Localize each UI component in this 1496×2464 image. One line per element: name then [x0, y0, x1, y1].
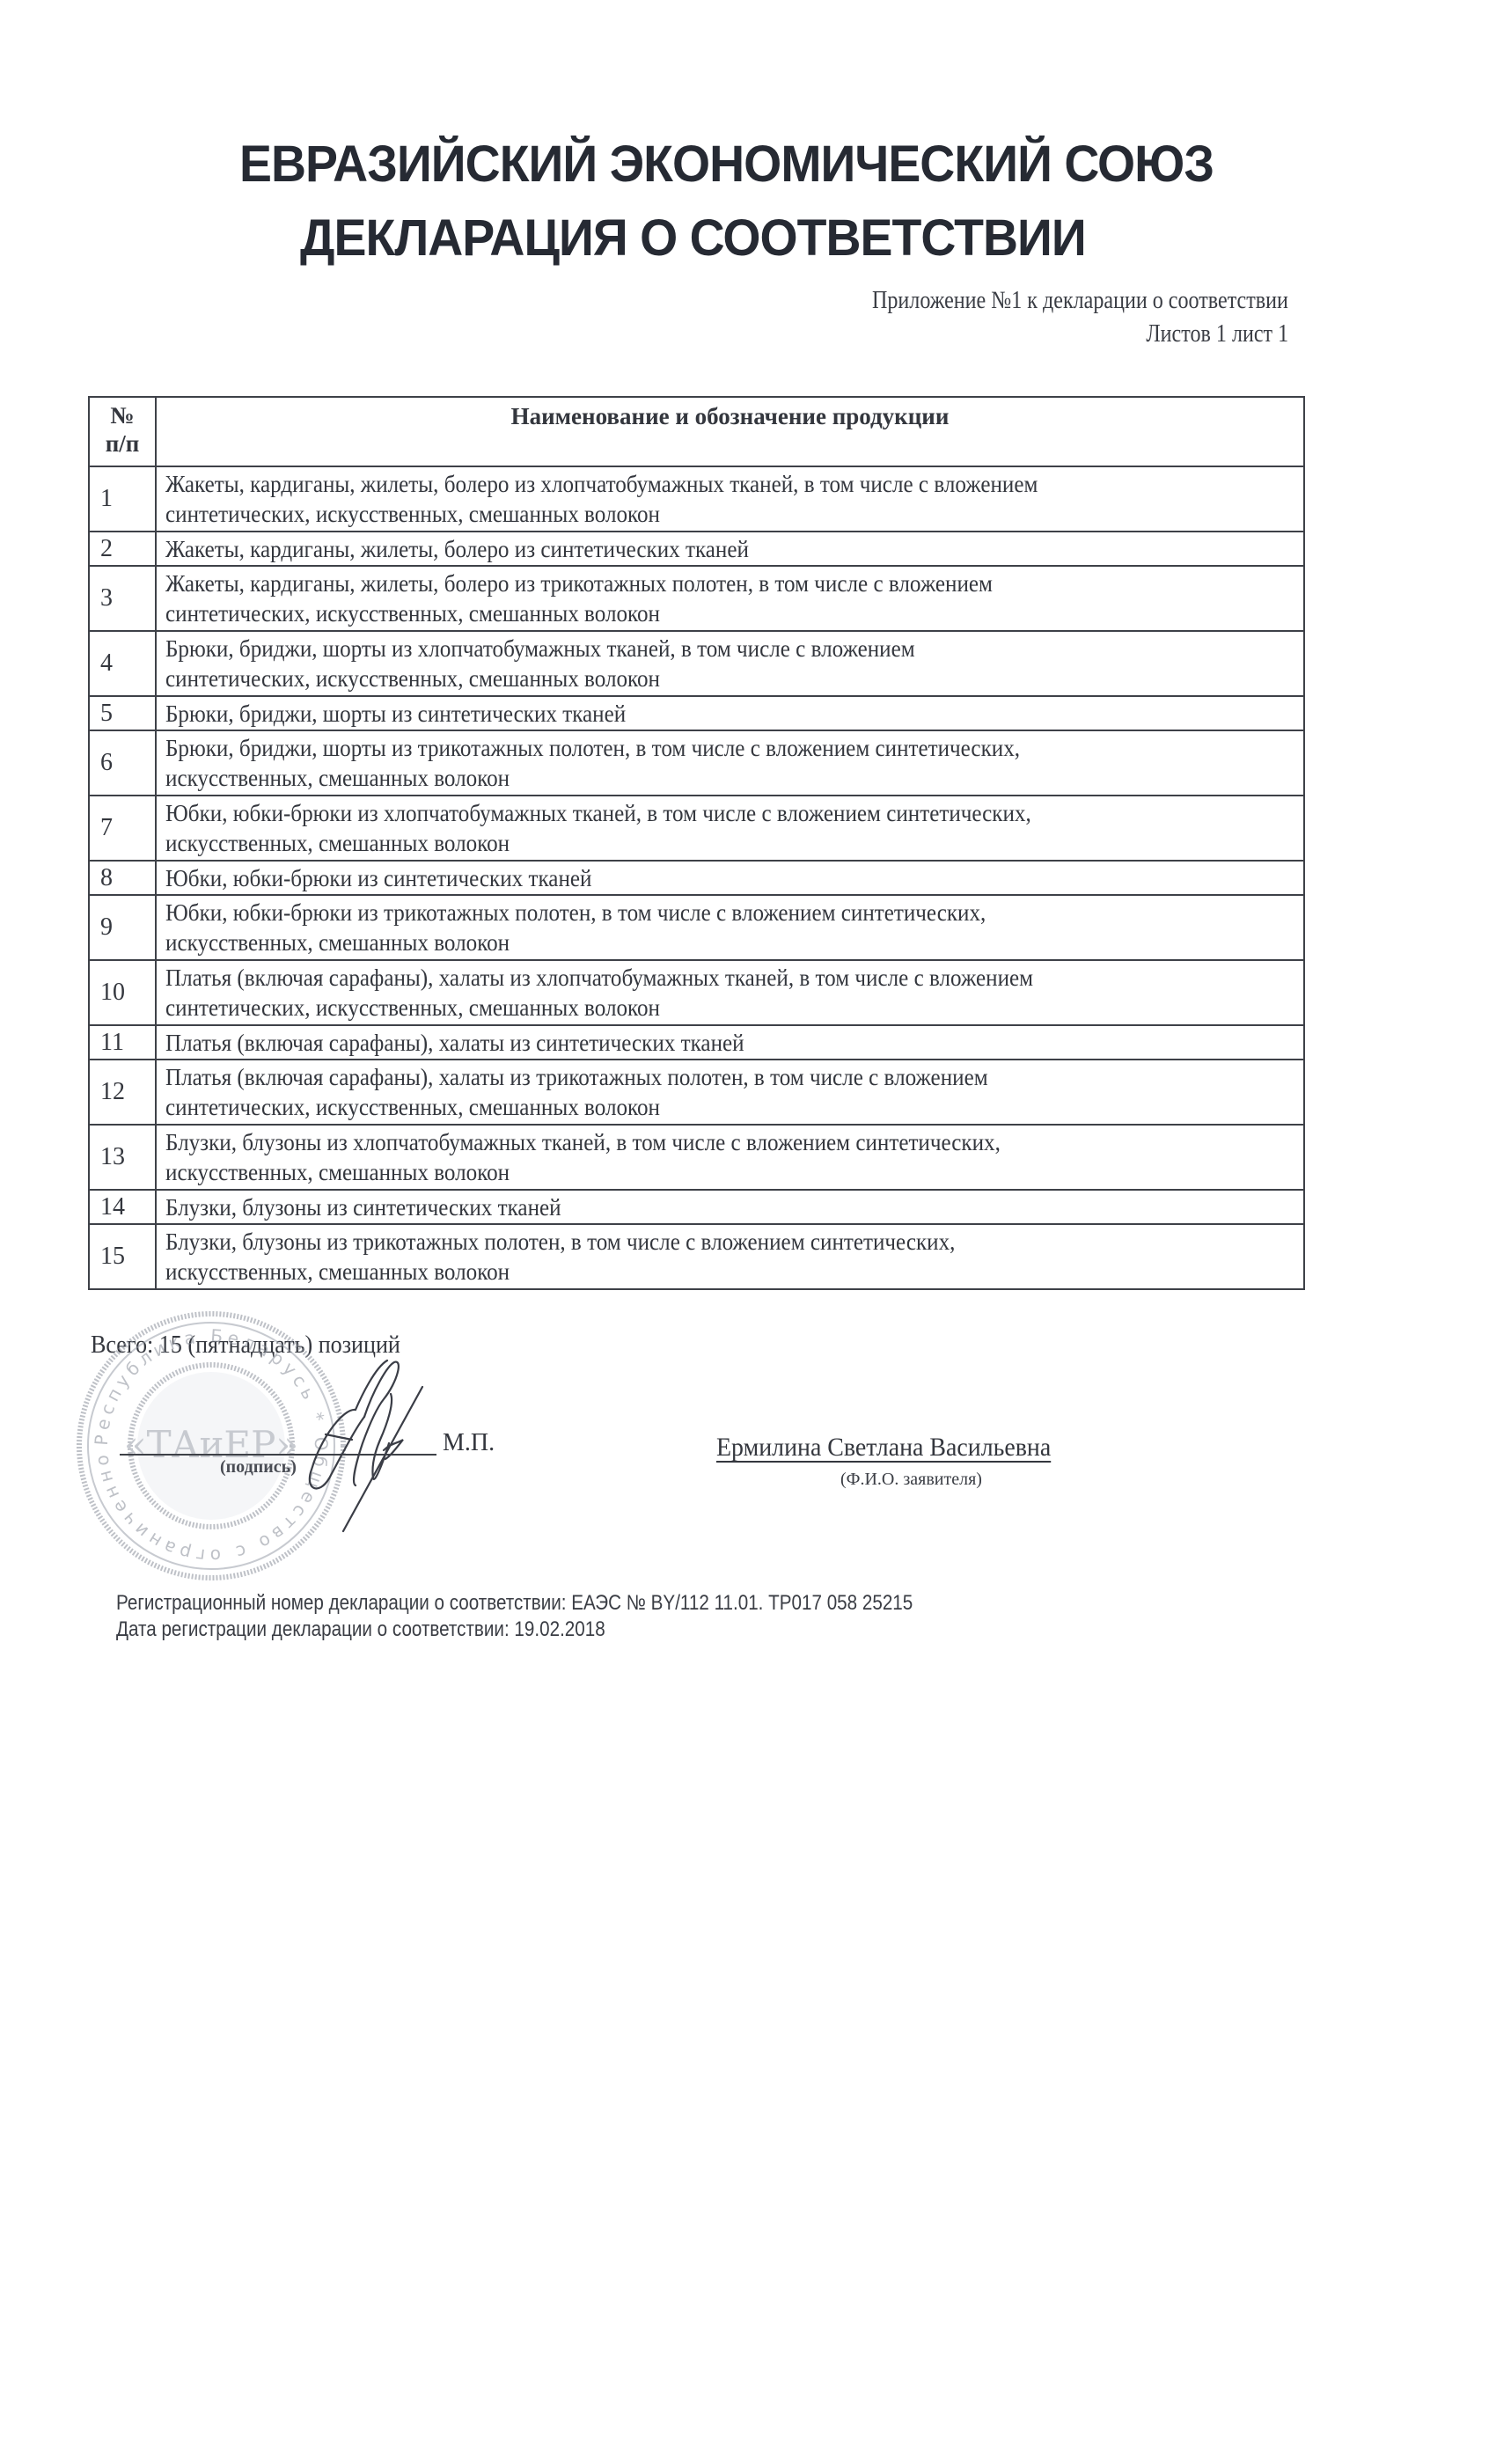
product-name-line: синтетических, искусственных, смешанных …	[165, 664, 660, 693]
table-row: 8Юбки, юбки-брюки из синтетических ткане…	[89, 861, 1304, 895]
title-line-1: ЕВРАЗИЙСКИЙ ЭКОНОМИЧЕСКИЙ СОЮЗ	[239, 139, 1214, 190]
table-row: 14Блузки, блузоны из синтетических ткане…	[89, 1190, 1304, 1224]
row-number: 3	[89, 566, 156, 631]
product-name: Блузки, блузоны из синтетических тканей	[156, 1190, 1304, 1224]
product-name: Брюки, бриджи, шорты из хлопчатобумажных…	[156, 631, 1304, 696]
registration-number: Регистрационный номер декларации о соотв…	[116, 1591, 913, 1616]
product-name: Жакеты, кардиганы, жилеты, болеро из син…	[156, 532, 1304, 566]
column-header-number-symbol: №	[90, 401, 155, 429]
row-number: 12	[89, 1060, 156, 1125]
title-line-2: ДЕКЛАРАЦИЯ О СООТВЕТСТВИИ	[300, 213, 1086, 264]
product-name: Юбки, юбки-брюки из трикотажных полотен,…	[156, 895, 1304, 960]
product-name: Блузки, блузоны из хлопчатобумажных ткан…	[156, 1125, 1304, 1190]
product-name-line: Платья (включая сарафаны), халаты из три…	[165, 1062, 988, 1092]
product-name-line: Блузки, блузоны из синтетических тканей	[165, 1192, 561, 1222]
table-row: 4Брюки, бриджи, шорты из хлопчатобумажны…	[89, 631, 1304, 696]
table-row: 3Жакеты, кардиганы, жилеты, болеро из тр…	[89, 566, 1304, 631]
signature-caption: (подпись)	[220, 1457, 297, 1478]
table-row: 1Жакеты, кардиганы, жилеты, болеро из хл…	[89, 466, 1304, 532]
product-name: Юбки, юбки-брюки из синтетических тканей	[156, 861, 1304, 895]
product-name-line: Брюки, бриджи, шорты из трикотажных поло…	[165, 733, 1020, 763]
row-number: 8	[89, 861, 156, 895]
product-name: Платья (включая сарафаны), халаты из три…	[156, 1060, 1304, 1125]
applicant-caption: (Ф.И.О. заявителя)	[840, 1470, 982, 1490]
table-row: 6Брюки, бриджи, шорты из трикотажных пол…	[89, 730, 1304, 796]
product-name-line: Брюки, бриджи, шорты из синтетических тк…	[165, 699, 626, 729]
row-number: 4	[89, 631, 156, 696]
product-name-line: искусственных, смешанных волокон	[165, 828, 510, 858]
product-name-line: синтетических, искусственных, смешанных …	[165, 499, 660, 529]
row-number: 1	[89, 466, 156, 532]
table-row: 5Брюки, бриджи, шорты из синтетических т…	[89, 696, 1304, 730]
row-number: 2	[89, 532, 156, 566]
annex-label: Приложение №1 к декларации о соответстви…	[872, 287, 1288, 315]
product-name-line: синтетических, искусственных, смешанных …	[165, 993, 660, 1023]
table-body: 1Жакеты, кардиганы, жилеты, болеро из хл…	[89, 466, 1304, 1289]
products-table: № п/п Наименование и обозначение продукц…	[88, 396, 1305, 1290]
product-name-line: искусственных, смешанных волокон	[165, 928, 510, 957]
product-name: Жакеты, кардиганы, жилеты, болеро из хло…	[156, 466, 1304, 532]
product-name: Юбки, юбки-брюки из хлопчатобумажных тка…	[156, 796, 1304, 861]
row-number: 13	[89, 1125, 156, 1190]
table-row: 10Платья (включая сарафаны), халаты из х…	[89, 960, 1304, 1025]
row-number: 11	[89, 1025, 156, 1060]
row-number: 6	[89, 730, 156, 796]
product-name-line: синтетических, искусственных, смешанных …	[165, 1092, 660, 1122]
product-name-line: Жакеты, кардиганы, жилеты, болеро из хло…	[165, 469, 1038, 499]
applicant-name: Ермилина Светлана Васильевна	[716, 1433, 1051, 1463]
product-name-line: Блузки, блузоны из трикотажных полотен, …	[165, 1227, 955, 1257]
product-name: Блузки, блузоны из трикотажных полотен, …	[156, 1224, 1304, 1289]
registration-date: Дата регистрации декларации о соответств…	[116, 1617, 605, 1642]
product-name-line: искусственных, смешанных волокон	[165, 1257, 510, 1287]
product-name-line: Юбки, юбки-брюки из синтетических тканей	[165, 863, 591, 893]
product-name-line: искусственных, смешанных волокон	[165, 763, 510, 793]
row-number: 5	[89, 696, 156, 730]
product-name-line: Жакеты, кардиганы, жилеты, болеро из син…	[165, 534, 749, 564]
product-name: Жакеты, кардиганы, жилеты, болеро из три…	[156, 566, 1304, 631]
product-name-line: искусственных, смешанных волокон	[165, 1157, 510, 1187]
product-name-line: Жакеты, кардиганы, жилеты, болеро из три…	[165, 568, 993, 598]
product-name-line: синтетических, искусственных, смешанных …	[165, 598, 660, 628]
seal-mark: М.П.	[443, 1429, 495, 1457]
table-row: 7Юбки, юбки-брюки из хлопчатобумажных тк…	[89, 796, 1304, 861]
row-number: 15	[89, 1224, 156, 1289]
table-row: 9Юбки, юбки-брюки из трикотажных полотен…	[89, 895, 1304, 960]
table-row: 2Жакеты, кардиганы, жилеты, болеро из си…	[89, 532, 1304, 566]
signature-icon	[299, 1355, 466, 1540]
product-name-line: Юбки, юбки-брюки из трикотажных полотен,…	[165, 898, 986, 928]
product-name: Брюки, бриджи, шорты из синтетических тк…	[156, 696, 1304, 730]
row-number: 7	[89, 796, 156, 861]
product-name: Брюки, бриджи, шорты из трикотажных поло…	[156, 730, 1304, 796]
product-name: Платья (включая сарафаны), халаты из хло…	[156, 960, 1304, 1025]
table-row: 15Блузки, блузоны из трикотажных полотен…	[89, 1224, 1304, 1289]
column-header-number: № п/п	[89, 397, 156, 466]
product-name: Платья (включая сарафаны), халаты из син…	[156, 1025, 1304, 1060]
row-number: 10	[89, 960, 156, 1025]
product-name-line: Платья (включая сарафаны), халаты из хло…	[165, 963, 1033, 993]
column-header-name: Наименование и обозначение продукции	[156, 397, 1304, 466]
product-name-line: Блузки, блузоны из хлопчатобумажных ткан…	[165, 1127, 1001, 1157]
product-name-line: Платья (включая сарафаны), халаты из син…	[165, 1028, 744, 1058]
table-header-row: № п/п Наименование и обозначение продукц…	[89, 397, 1304, 466]
product-name-line: Брюки, бриджи, шорты из хлопчатобумажных…	[165, 634, 915, 664]
column-header-number-abbr: п/п	[90, 429, 155, 458]
table-row: 13Блузки, блузоны из хлопчатобумажных тк…	[89, 1125, 1304, 1190]
row-number: 9	[89, 895, 156, 960]
row-number: 14	[89, 1190, 156, 1224]
table-row: 11Платья (включая сарафаны), халаты из с…	[89, 1025, 1304, 1060]
product-name-line: Юбки, юбки-брюки из хлопчатобумажных тка…	[165, 798, 1031, 828]
table-row: 12Платья (включая сарафаны), халаты из т…	[89, 1060, 1304, 1125]
sheets-label: Листов 1 лист 1	[1146, 320, 1288, 348]
